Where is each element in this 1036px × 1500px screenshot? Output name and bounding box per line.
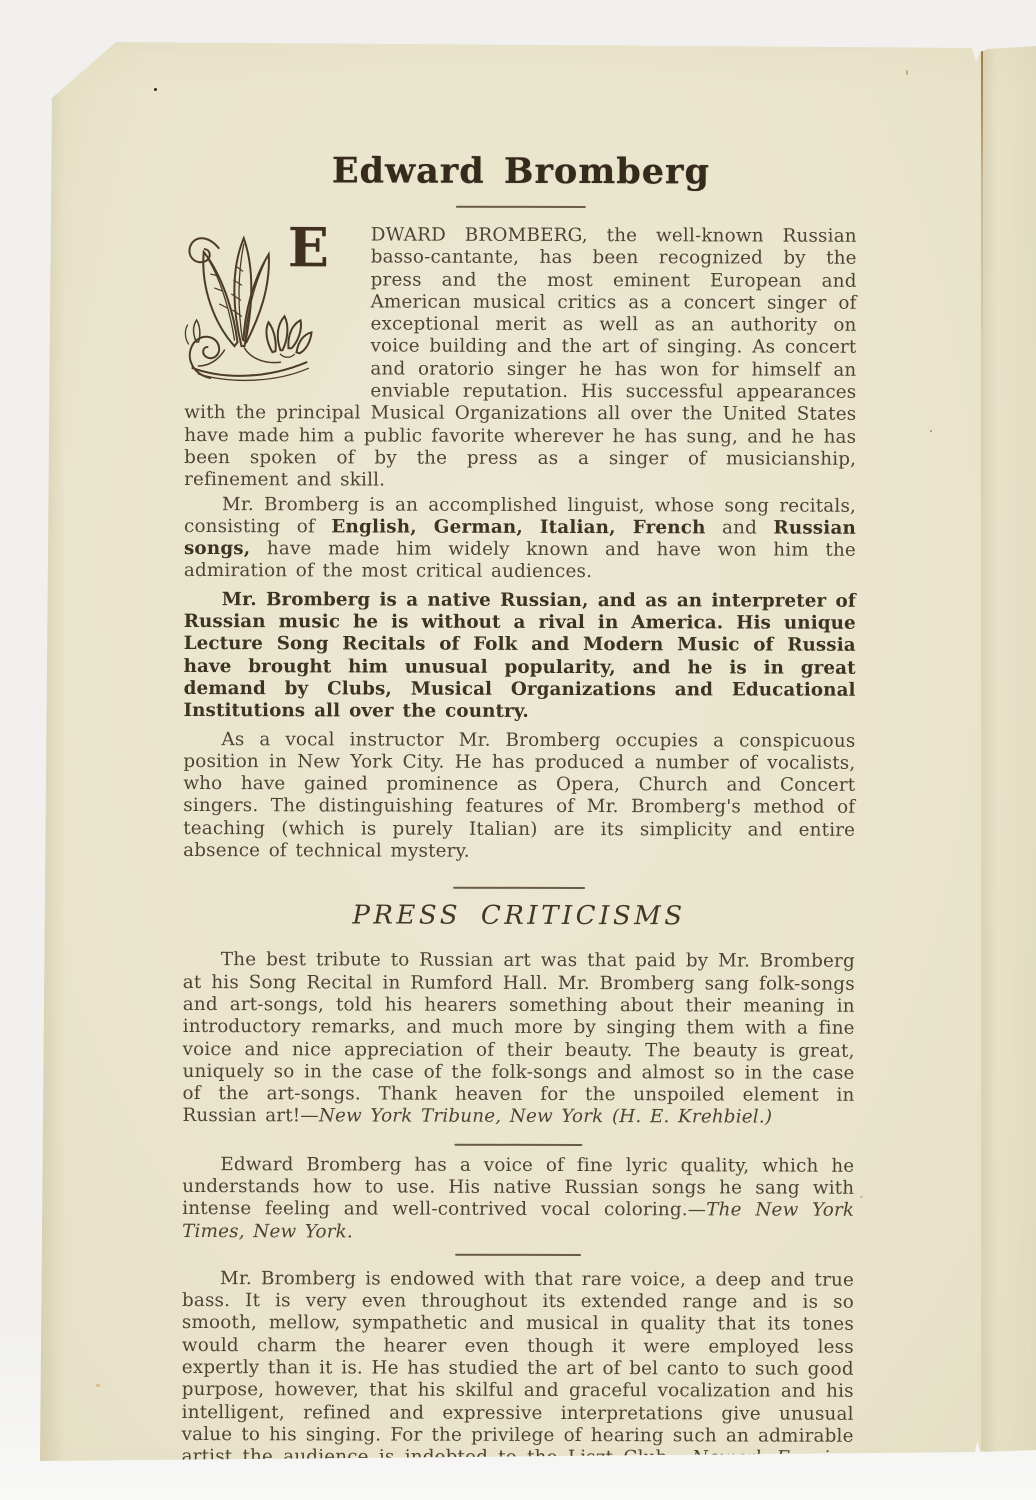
decorative-initial-block: E xyxy=(184,226,362,382)
paper-speck xyxy=(154,88,157,91)
press-quote-times: Edward Bromberg has a voice of fine lyri… xyxy=(182,1154,854,1245)
scanned-program-page: { "document": { "title": "Edward Bromber… xyxy=(0,0,1036,1500)
paper-speck xyxy=(906,70,908,75)
page-content: Edward Bromberg xyxy=(181,0,857,1493)
press-quote-tribune: The best tribute to Russian art was that… xyxy=(182,949,854,1129)
quote-divider xyxy=(455,1254,581,1256)
bio-paragraph-instructor: As a vocal instructor Mr. Bromberg occup… xyxy=(183,729,855,865)
quote-source: New York Tribune, New York (H. E. Krehbi… xyxy=(319,1106,772,1128)
press-quote-newark: Mr. Bromberg is endowed with that rare v… xyxy=(181,1268,854,1493)
paper-sheet: Edward Bromberg xyxy=(0,0,1036,1500)
bio-p2-seg3: and xyxy=(706,517,774,538)
bio-paragraph-linguist: Mr. Bromberg is an accomplished linguist… xyxy=(184,494,856,585)
quote-text: The best tribute to Russian art was that… xyxy=(182,949,854,1126)
paper-speck xyxy=(930,430,932,432)
press-section-divider xyxy=(453,887,585,889)
title-divider xyxy=(456,206,586,208)
quote-text: Mr. Bromberg is endowed with that rare v… xyxy=(182,1268,855,1469)
press-criticisms-heading: PRESS CRITICISMS xyxy=(183,898,855,934)
quote-divider xyxy=(454,1143,582,1145)
bio-p2-seg5: have made him widely known and have won … xyxy=(184,538,856,582)
fold-crease-line xyxy=(981,50,983,1450)
bio-paragraph-native-russian: Mr. Bromberg is a native Russian, and as… xyxy=(184,589,856,725)
fold-crease-shading xyxy=(983,46,997,1452)
drop-cap-letter: E xyxy=(288,218,329,276)
bio-paragraph-lead: E DWARD BROMBERG, the well-known Russian… xyxy=(184,224,857,493)
bio-p2-languages-bold: English, German, Italian, French xyxy=(331,516,705,538)
paper-speck xyxy=(860,1196,863,1198)
page-title: Edward Bromberg xyxy=(185,150,857,194)
paper-edge-shading xyxy=(40,42,66,1462)
paper-speck xyxy=(96,1384,100,1387)
